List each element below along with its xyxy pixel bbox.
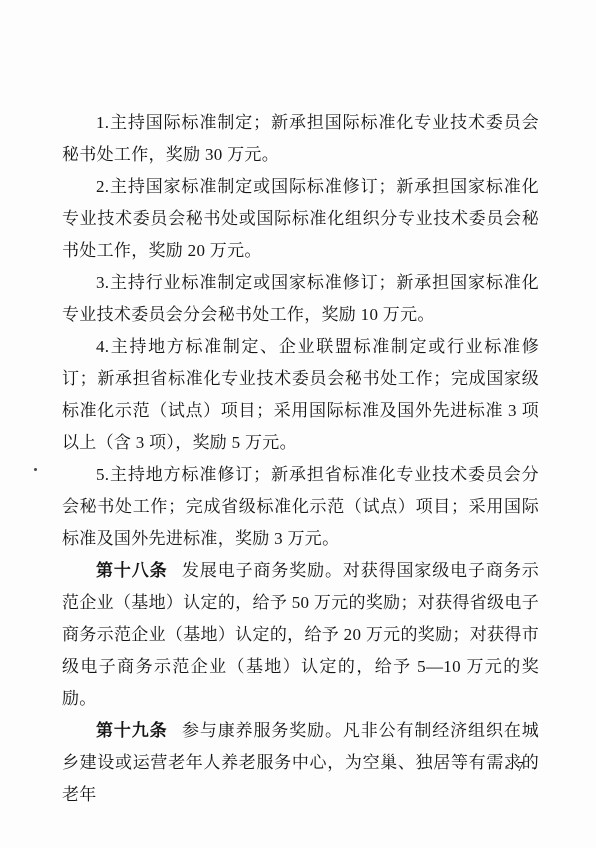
paragraph-text: 5.主持地方标准修订；新承担省标准化专业技术委员会分会秘书处工作；完成省级标准化… — [62, 465, 539, 548]
paragraph-text: 1.主持国际标准制定；新承担国际标准化专业技术委员会秘书处工作，奖励 30 万元… — [62, 113, 539, 164]
document-body: 1.主持国际标准制定；新承担国际标准化专业技术委员会秘书处工作，奖励 30 万元… — [62, 107, 539, 811]
list-paragraph: 2.主持国家标准制定或国际标准修订；新承担国家标准化专业技术委员会秘书处或国际标… — [62, 171, 539, 267]
list-paragraph: 5.主持地方标准修订；新承担省标准化专业技术委员会分会秘书处工作；完成省级标准化… — [62, 459, 539, 555]
article-paragraph: 第十九条参与康养服务奖励。凡非公有制经济组织在城乡建设或运营老年人养老服务中心，… — [62, 715, 539, 811]
page-number: - 7 - — [505, 760, 538, 776]
list-paragraph: 1.主持国际标准制定；新承担国际标准化专业技术委员会秘书处工作，奖励 30 万元… — [62, 107, 539, 171]
paragraph-text: 3.主持行业标准制定或国家标准修订；新承担国家标准化专业技术委员会分会秘书处工作… — [62, 273, 539, 324]
paragraph-text: 4.主持地方标准制定、企业联盟标准制定或行业标准修订；新承担省标准化专业技术委员… — [62, 337, 539, 452]
document-page: 1.主持国际标准制定；新承担国际标准化专业技术委员会秘书处工作，奖励 30 万元… — [0, 0, 596, 848]
article-paragraph: 第十八条发展电子商务奖励。对获得国家级电子商务示范企业（基地）认定的，给予 50… — [62, 555, 539, 715]
scan-artifact-dot — [34, 468, 37, 471]
list-paragraph: 4.主持地方标准制定、企业联盟标准制定或行业标准修订；新承担省标准化专业技术委员… — [62, 331, 539, 459]
paragraph-text: 发展电子商务奖励。对获得国家级电子商务示范企业（基地）认定的，给予 50 万元的… — [62, 561, 539, 708]
article-number: 第十八条 — [96, 561, 168, 580]
list-paragraph: 3.主持行业标准制定或国家标准修订；新承担国家标准化专业技术委员会分会秘书处工作… — [62, 267, 539, 331]
paragraph-text: 2.主持国家标准制定或国际标准修订；新承担国家标准化专业技术委员会秘书处或国际标… — [62, 177, 539, 260]
article-number: 第十九条 — [96, 721, 168, 740]
